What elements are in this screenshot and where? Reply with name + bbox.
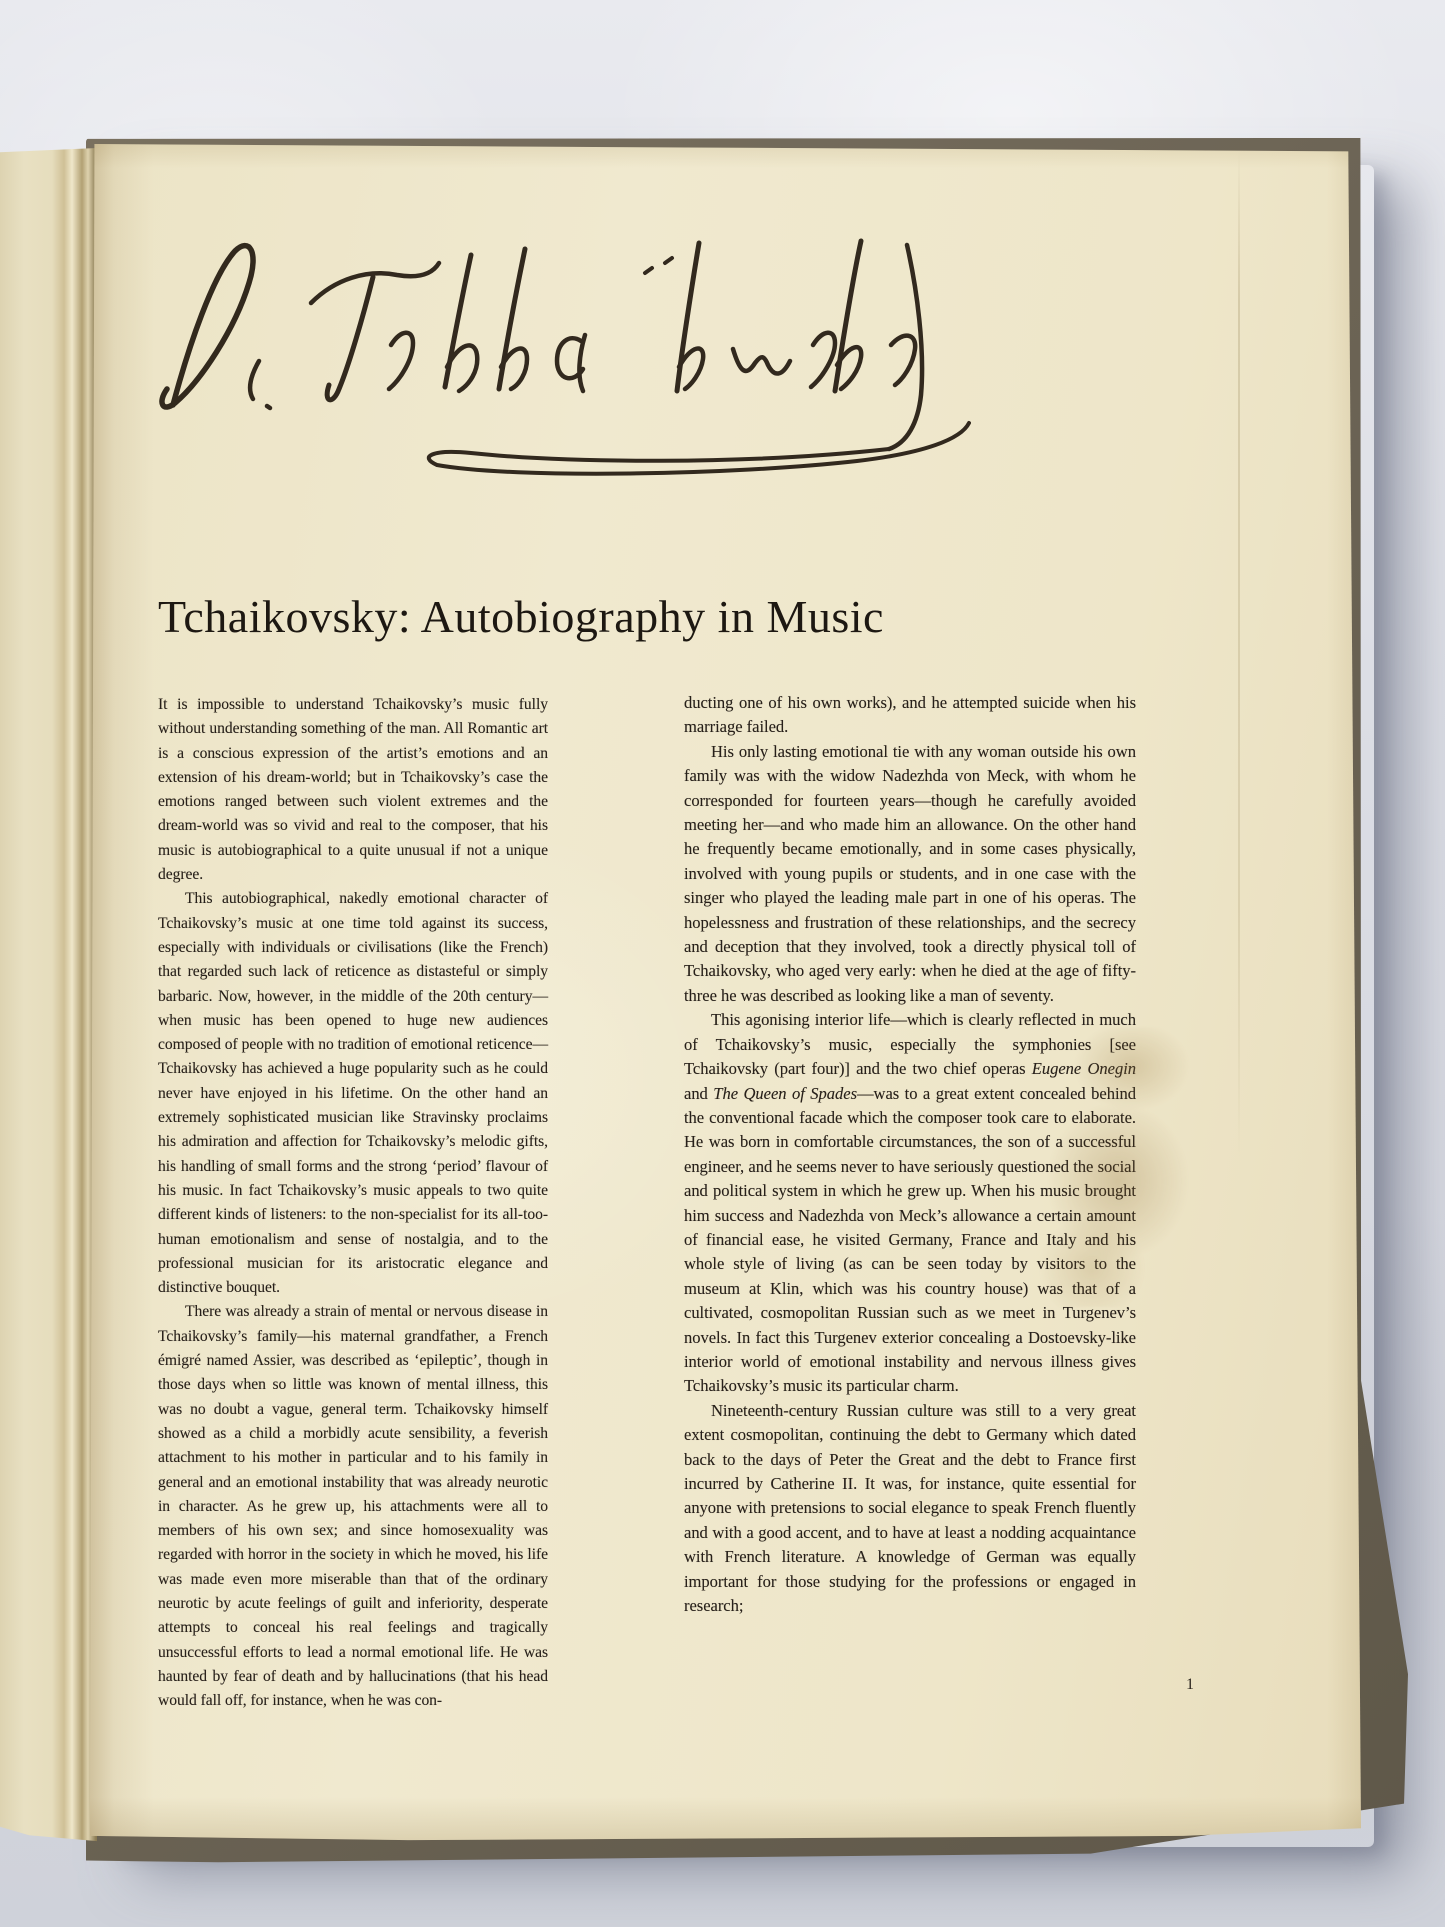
paragraph: This autobiographical, nakedly emotional… bbox=[158, 887, 548, 1300]
tchaikovsky-signature bbox=[135, 217, 980, 487]
paragraph: There was already a strain of mental or … bbox=[158, 1300, 548, 1713]
chapter-title: Tchaikovsky: Autobiography in Music bbox=[158, 590, 884, 643]
paragraph: Nineteenth-century Russian culture was s… bbox=[684, 1399, 1136, 1619]
paragraph: It is impossible to understand Tchaikovs… bbox=[158, 693, 548, 887]
paper-stain bbox=[1008, 1027, 1208, 1307]
text-column-left: It is impossible to understand Tchaikovs… bbox=[158, 693, 548, 1713]
page-number: 1 bbox=[1186, 1676, 1194, 1694]
book-page: Tchaikovsky: Autobiography in Music It i… bbox=[90, 142, 1361, 1841]
paragraph: ducting one of his own works), and he at… bbox=[684, 691, 1136, 740]
paragraph: His only lasting emotional tie with any … bbox=[684, 740, 1136, 1008]
flyleaf-pages bbox=[0, 148, 97, 1842]
page-crease bbox=[1238, 150, 1240, 1160]
